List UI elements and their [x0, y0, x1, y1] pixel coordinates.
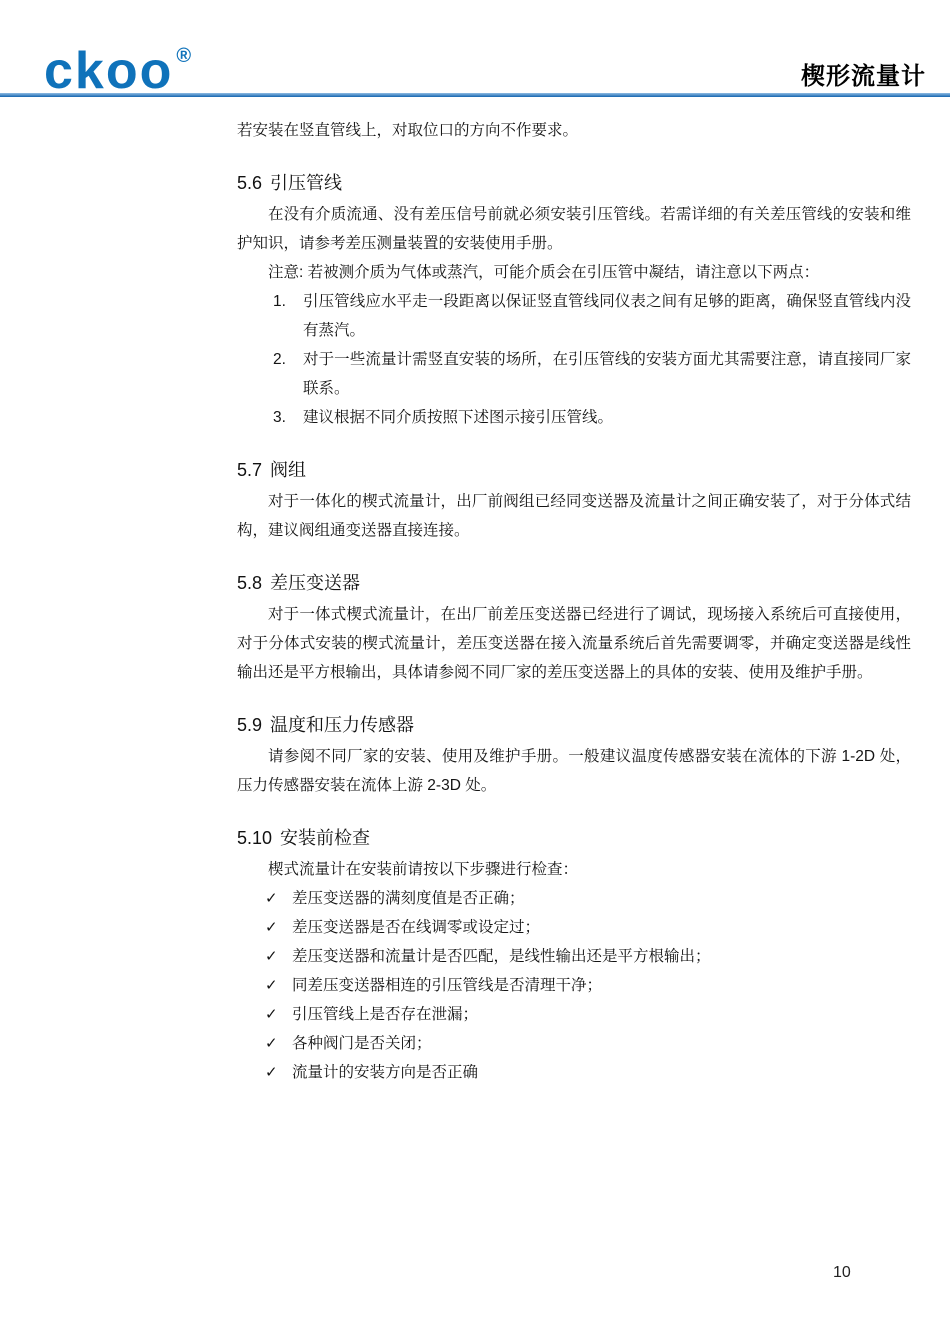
section-number: 5.10	[237, 828, 272, 848]
page-header: ckoo® 楔形流量计	[0, 0, 950, 95]
item-number: 3.	[237, 403, 303, 432]
section-5-10-paragraph: 楔式流量计在安装前请按以下步骤进行检查：	[237, 855, 911, 884]
checklist-item-text: 差压变送器是否在线调零或设定过；	[292, 913, 911, 942]
section-title: 差压变送器	[270, 573, 360, 593]
section-heading-5-10: 5.10安装前检查	[237, 825, 911, 851]
list-item: 2. 对于一些流量计需竖直安装的场所，在引压管线的安装方面尤其需要注意，请直接同…	[237, 345, 911, 403]
section-heading-5-9: 5.9温度和压力传感器	[237, 712, 911, 738]
check-icon: ✓	[237, 1029, 292, 1058]
document-page: ckoo® 楔形流量计 若安装在竖直管线上，对取位口的方向不作要求。 5.6引压…	[0, 0, 950, 1344]
section-heading-5-7: 5.7阀组	[237, 457, 911, 483]
numbered-list: 1. 引压管线应水平走一段距离以保证竖直管线同仪表之间有足够的距离，确保竖直管线…	[237, 287, 911, 432]
checklist-item: ✓ 引压管线上是否存在泄漏；	[237, 1000, 911, 1029]
section-title: 阀组	[270, 460, 306, 480]
item-text: 引压管线应水平走一段距离以保证竖直管线同仪表之间有足够的距离，确保竖直管线内没有…	[303, 287, 911, 345]
checklist-item: ✓ 各种阀门是否关闭；	[237, 1029, 911, 1058]
section-5-7-paragraph: 对于一体化的楔式流量计，出厂前阀组已经同变送器及流量计之间正确安装了，对于分体式…	[237, 487, 911, 545]
check-icon: ✓	[237, 913, 292, 942]
list-item: 1. 引压管线应水平走一段距离以保证竖直管线同仪表之间有足够的距离，确保竖直管线…	[237, 287, 911, 345]
section-5-6-paragraph: 在没有介质流通、没有差压信号前就必须安装引压管线。若需详细的有关差压管线的安装和…	[237, 200, 911, 258]
check-icon: ✓	[237, 1000, 292, 1029]
checklist-item-text: 同差压变送器相连的引压管线是否清理干净；	[292, 971, 911, 1000]
check-icon: ✓	[237, 971, 292, 1000]
registered-trademark-icon: ®	[176, 45, 191, 67]
checklist-item: ✓ 差压变送器是否在线调零或设定过；	[237, 913, 911, 942]
section-number: 5.7	[237, 460, 262, 480]
checklist: ✓ 差压变送器的满刻度值是否正确； ✓ 差压变送器是否在线调零或设定过； ✓ 差…	[237, 884, 911, 1087]
item-text: 建议根据不同介质按照下述图示接引压管线。	[303, 403, 911, 432]
page-number: 10	[833, 1264, 851, 1282]
section-number: 5.9	[237, 715, 262, 735]
item-number: 2.	[237, 345, 303, 403]
check-icon: ✓	[237, 1058, 292, 1087]
header-divider	[0, 93, 950, 97]
checklist-item: ✓ 差压变送器的满刻度值是否正确；	[237, 884, 911, 913]
section-title: 引压管线	[270, 173, 342, 193]
item-text: 对于一些流量计需竖直安装的场所，在引压管线的安装方面尤其需要注意，请直接同厂家联…	[303, 345, 911, 403]
section-title: 温度和压力传感器	[270, 715, 414, 735]
checklist-item-text: 各种阀门是否关闭；	[292, 1029, 911, 1058]
intro-paragraph: 若安装在竖直管线上，对取位口的方向不作要求。	[237, 116, 911, 145]
check-icon: ✓	[237, 942, 292, 971]
section-number: 5.6	[237, 173, 262, 193]
checklist-item: ✓ 流量计的安装方向是否正确	[237, 1058, 911, 1087]
brand-logo: ckoo®	[44, 30, 191, 97]
section-heading-5-6: 5.6引压管线	[237, 170, 911, 196]
checklist-item: ✓ 差压变送器和流量计是否匹配，是线性输出还是平方根输出；	[237, 942, 911, 971]
section-5-6-note: 注意: 若被测介质为气体或蒸汽，可能介质会在引压管中凝结，请注意以下两点：	[237, 258, 911, 287]
section-heading-5-8: 5.8差压变送器	[237, 570, 911, 596]
brand-logo-text: ckoo	[44, 42, 173, 100]
section-number: 5.8	[237, 573, 262, 593]
check-icon: ✓	[237, 884, 292, 913]
checklist-item-text: 流量计的安装方向是否正确	[292, 1058, 911, 1087]
section-5-9-paragraph: 请参阅不同厂家的安装、使用及维护手册。一般建议温度传感器安装在流体的下游 1-2…	[237, 742, 911, 800]
checklist-item-text: 引压管线上是否存在泄漏；	[292, 1000, 911, 1029]
item-number: 1.	[237, 287, 303, 345]
list-item: 3. 建议根据不同介质按照下述图示接引压管线。	[237, 403, 911, 432]
section-title: 安装前检查	[280, 828, 370, 848]
checklist-item-text: 差压变送器的满刻度值是否正确；	[292, 884, 911, 913]
section-5-8-paragraph: 对于一体式楔式流量计，在出厂前差压变送器已经进行了调试，现场接入系统后可直接使用…	[237, 600, 911, 687]
checklist-item: ✓ 同差压变送器相连的引压管线是否清理干净；	[237, 971, 911, 1000]
page-content: 若安装在竖直管线上，对取位口的方向不作要求。 5.6引压管线 在没有介质流通、没…	[237, 116, 911, 1087]
checklist-item-text: 差压变送器和流量计是否匹配，是线性输出还是平方根输出；	[292, 942, 911, 971]
doc-title: 楔形流量计	[801, 56, 926, 91]
